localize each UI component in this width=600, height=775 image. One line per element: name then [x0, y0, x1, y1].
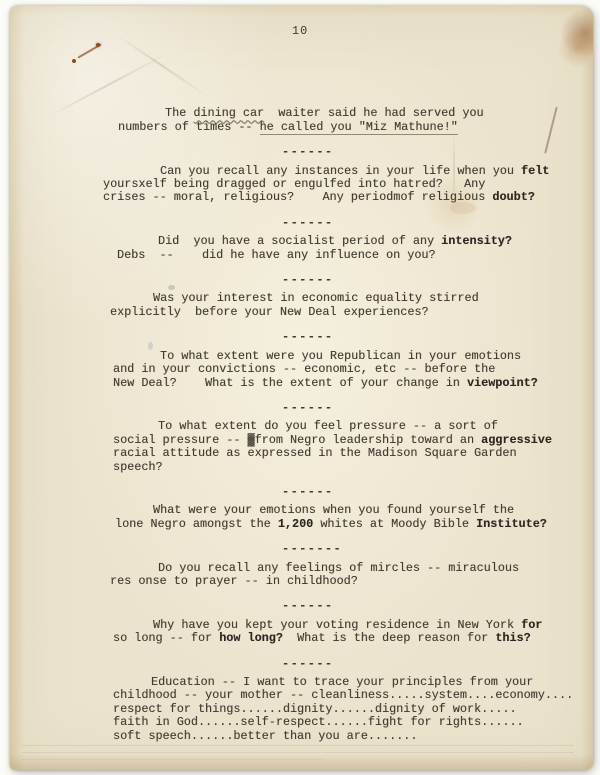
- staple-hole-icon: [96, 43, 100, 47]
- paragraph-socialist-period: Did you have a socialist period of any i…: [10, 235, 593, 262]
- paragraph-voting-residence: Why have you kept your voting residence …: [10, 619, 593, 646]
- section-divider: ------: [282, 217, 593, 230]
- typed-text: 1,200: [278, 517, 313, 531]
- typed-text: What were your emotions when you found y…: [153, 503, 514, 517]
- paper-impression-line: [22, 752, 574, 753]
- typed-text: explicitly before your New Deal experien…: [110, 305, 429, 319]
- paper-impression-line: [22, 745, 574, 746]
- typed-text: New Deal? What is the extent of your cha…: [113, 376, 467, 390]
- typed-text: waiter said he had served you: [264, 106, 483, 120]
- typed-text: Institute?: [476, 517, 547, 531]
- section-divider: -------: [282, 543, 593, 556]
- typed-text: crises -- moral, religious? Any periodmo…: [103, 190, 492, 204]
- typed-text: numbers of times --: [118, 120, 260, 134]
- typed-text: Do you recall any feelings of mircles --…: [158, 561, 519, 575]
- section-divider: ------: [282, 274, 593, 287]
- pencil-underlined-text: dining car: [193, 106, 264, 120]
- typed-text: viewpoint?: [467, 376, 538, 390]
- typed-text: lone Negro amongst the: [115, 517, 278, 531]
- typed-text: respect for things......dignity......dig…: [113, 702, 517, 716]
- pencil-underlined-text: he called you "Miz Mathune!": [260, 120, 458, 136]
- paragraph-miracles: Do you recall any feelings of mircles --…: [10, 562, 593, 589]
- scanned-document-screenshot: { "page": { "number": "10", "divider": "…: [0, 0, 600, 775]
- typed-text: soft speech......better than you are....…: [113, 729, 417, 743]
- typed-text: racial attitude as expressed in the Madi…: [113, 446, 517, 460]
- document-page: 10 The dining car waiter said he had ser…: [10, 6, 593, 770]
- paragraph-dining-car: The dining car waiter said he had served…: [10, 107, 593, 134]
- typed-text: To what extent do you feel pressure -- a…: [158, 419, 498, 433]
- paper-impression-line: [22, 759, 322, 760]
- paragraph-moody-bible: What were your emotions when you found y…: [10, 504, 593, 531]
- typed-text: whites at Moody Bible: [313, 517, 476, 531]
- typed-text: faith in God......self-respect......figh…: [113, 715, 524, 729]
- pencil-smudge: [168, 285, 175, 290]
- typed-text: Was your interest in economic equality s…: [153, 291, 479, 305]
- typed-text: Can you recall any instances in your lif…: [160, 164, 521, 178]
- typed-text: for: [521, 618, 542, 632]
- section-divider: ------: [282, 402, 593, 415]
- typed-text: how long?: [219, 631, 283, 645]
- typed-text: Debs -- did he have any influence on you…: [117, 248, 436, 262]
- paper-crease: [115, 33, 207, 96]
- typed-text: aggressive: [481, 433, 552, 447]
- typed-text: speech?: [113, 460, 163, 474]
- paragraph-hatred-crises: Can you recall any instances in your lif…: [10, 165, 593, 205]
- paragraph-education-principles: Education -- I want to trace your princi…: [10, 676, 593, 743]
- typed-text: yoursxelf being dragged or engulfed into…: [103, 177, 485, 191]
- page-number: 10: [292, 25, 593, 38]
- typed-text: social pressure -- ▓from Negro leadershi…: [113, 433, 481, 447]
- typed-text: and in your convictions -- economic, etc…: [113, 362, 495, 376]
- typed-text: Did you have a socialist period of any: [158, 234, 441, 248]
- typed-text: The: [165, 106, 193, 120]
- paragraph-social-pressure: To what extent do you feel pressure -- a…: [10, 420, 593, 474]
- typed-text: this?: [495, 631, 530, 645]
- typed-text: Why have you kept your voting residence …: [153, 618, 521, 632]
- paper-crease: [453, 134, 455, 204]
- paper-stain: [450, 202, 476, 214]
- section-divider: ------: [282, 486, 593, 499]
- typed-text: res onse to prayer -- in childhood?: [110, 574, 358, 588]
- typed-text: Education -- I want to trace your princi…: [151, 675, 533, 689]
- typed-text: doubt?: [492, 190, 534, 204]
- typed-text: What is the deep reason for: [283, 631, 495, 645]
- pencil-smudge: [148, 342, 153, 350]
- typed-text: To what extent were you Republican in yo…: [160, 349, 521, 363]
- paragraph-republican-emotions: To what extent were you Republican in yo…: [10, 350, 593, 390]
- typed-text: felt: [521, 164, 549, 178]
- staple-hole-icon: [72, 59, 76, 63]
- typed-text: childhood -- your mother -- cleanliness.…: [113, 688, 573, 702]
- typed-text: so long -- for: [113, 631, 219, 645]
- paragraph-economic-equality: Was your interest in economic equality s…: [10, 292, 593, 319]
- section-divider: ------: [282, 600, 593, 613]
- section-divider: ------: [282, 331, 593, 344]
- typed-text: intensity?: [441, 234, 512, 248]
- section-divider: ------: [282, 658, 593, 671]
